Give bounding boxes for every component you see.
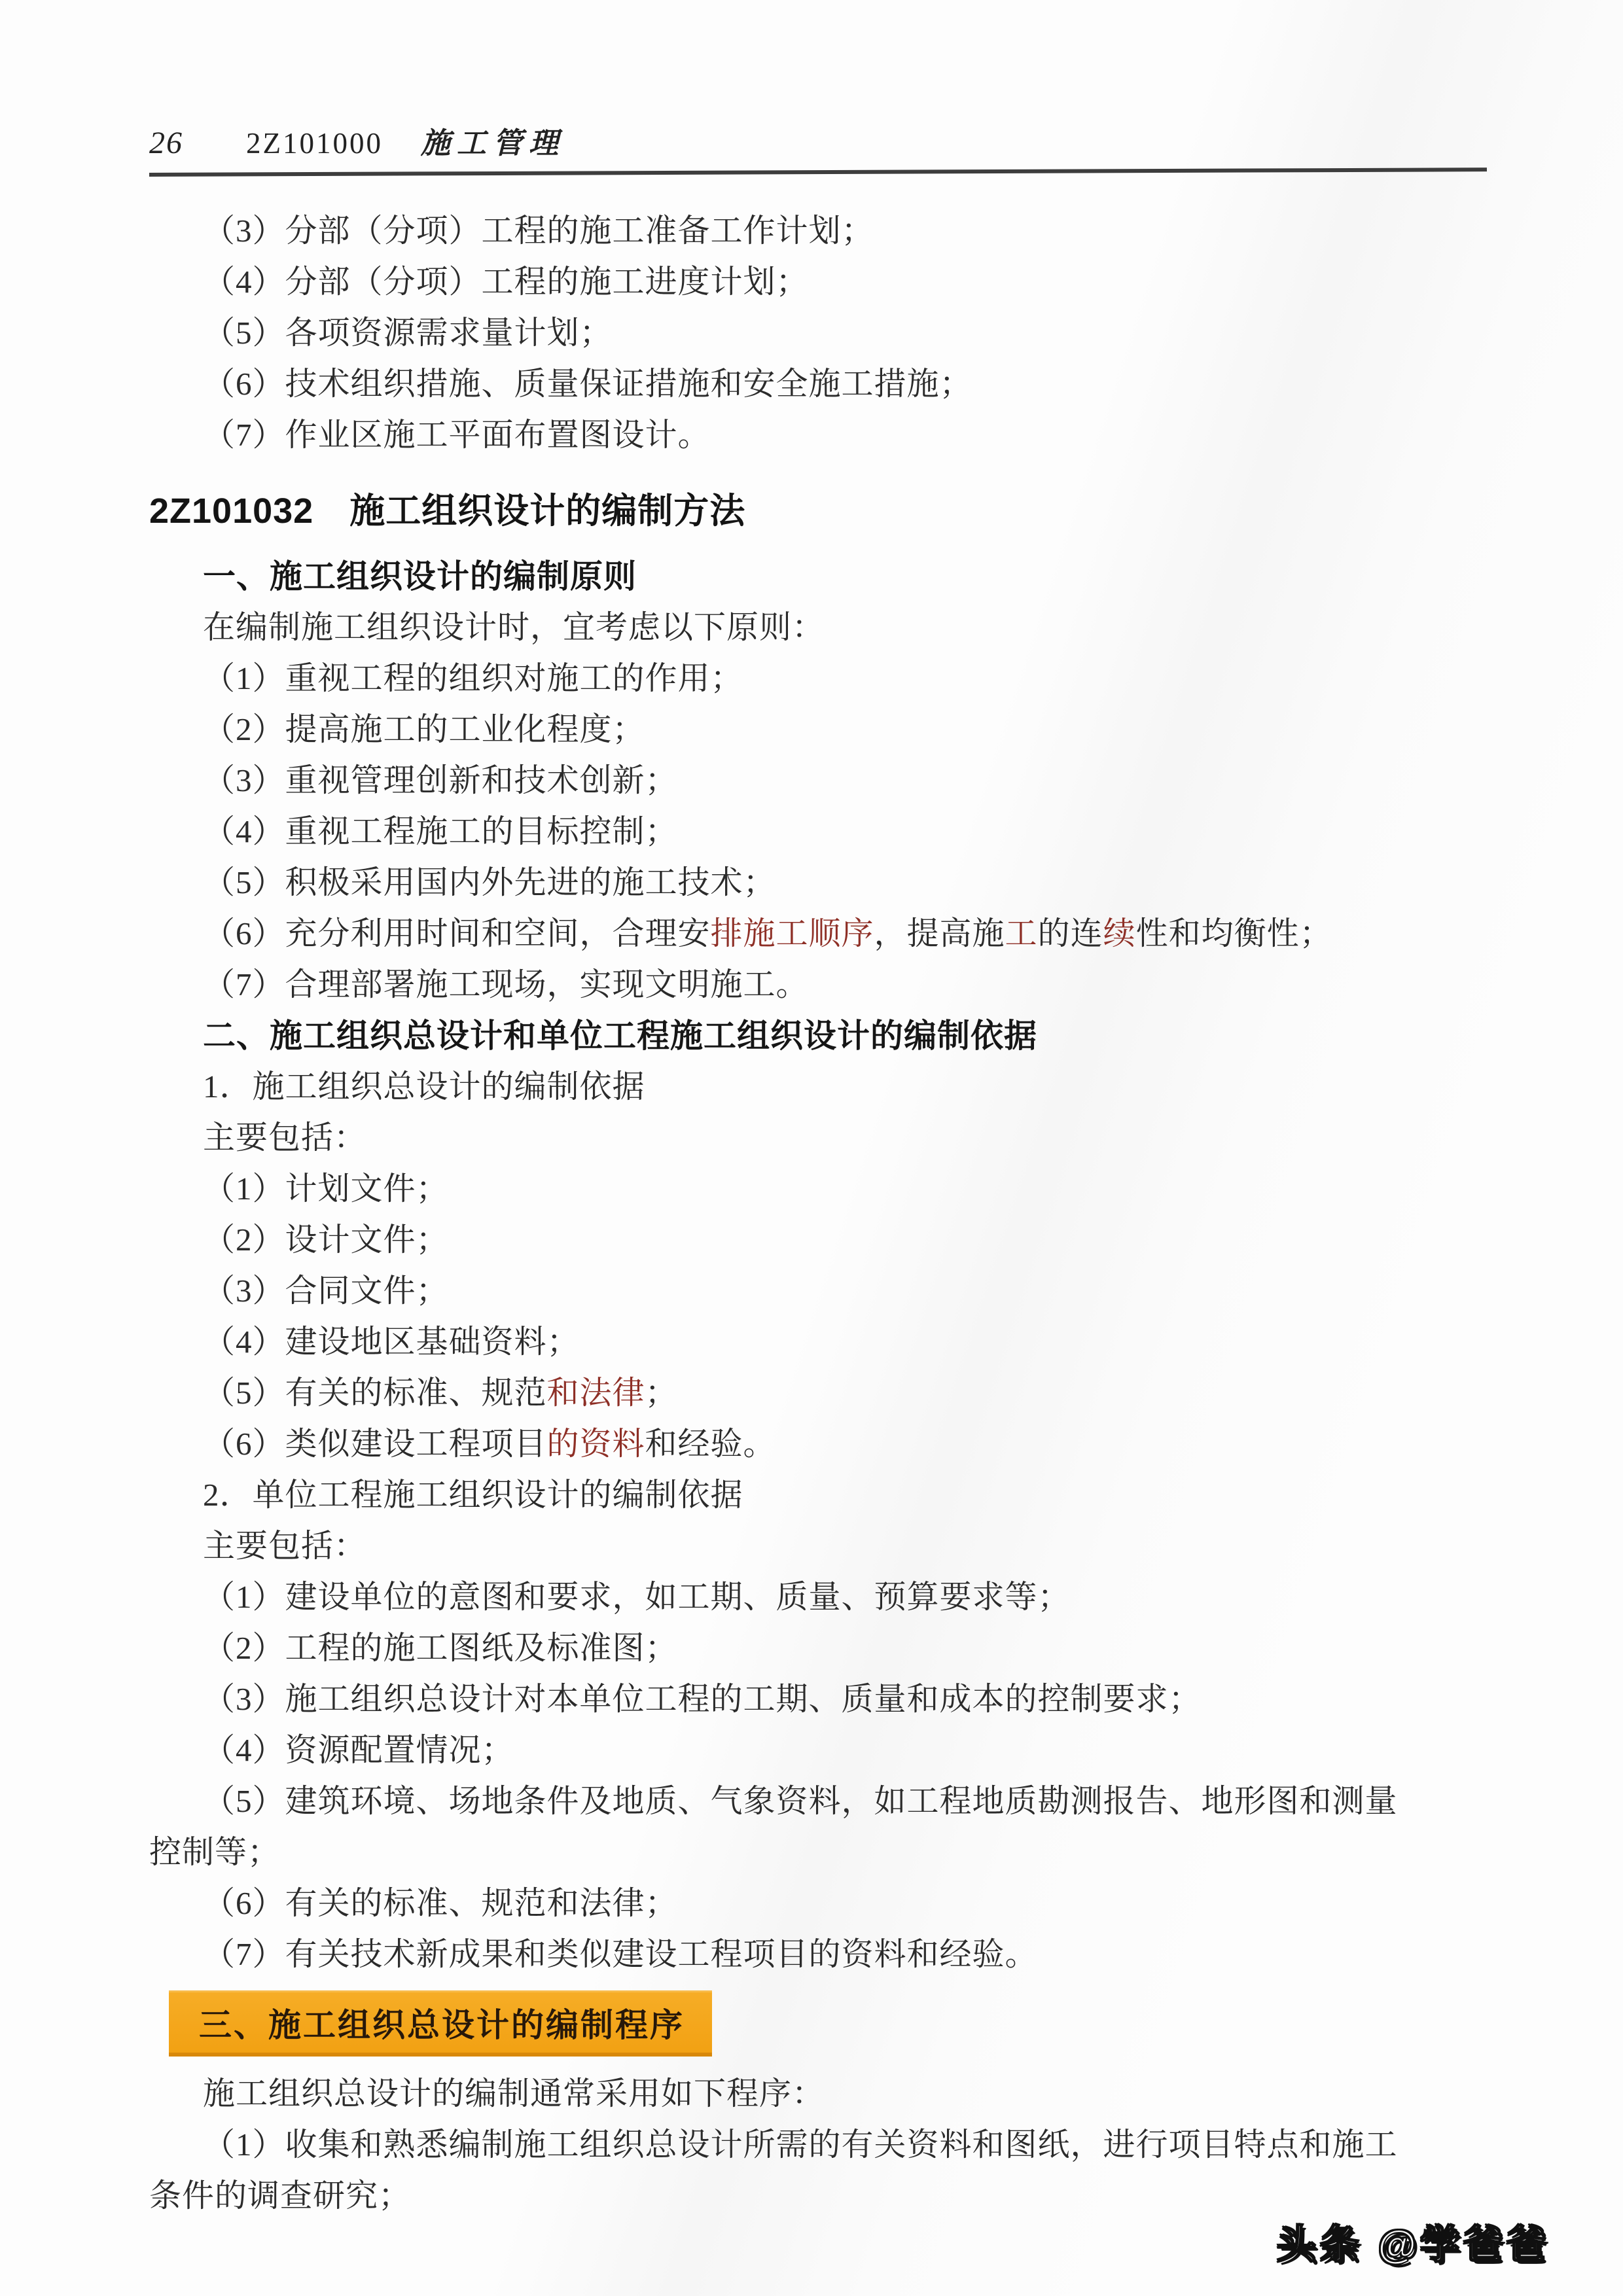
continuation-line: 控制等； (149, 1827, 1487, 1878)
text-run: （3）合同文件； (203, 1273, 449, 1309)
list-item: （3）分部（分项）工程的施工准备工作计划； (149, 205, 1487, 256)
red-tinted-text: 工 (1005, 915, 1038, 951)
text-run: 三、施工组织总设计的编制程序 (169, 1990, 712, 2057)
text-run: （4）资源配置情况； (203, 1732, 514, 1768)
text-run: （3）重视管理创新和技术创新； (203, 762, 678, 798)
text-run: （6）有关的标准、规范和法律； (203, 1885, 678, 1921)
red-tinted-text: 和法律 (547, 1375, 645, 1411)
text-run: 1．施工组织总设计的编制依据 (203, 1069, 645, 1104)
text-run: （7）有关技术新成果和类似建设工程项目的资料和经验。 (203, 1936, 1038, 1972)
list-item: （2）设计文件； (149, 1214, 1487, 1265)
text-run: 的连 (1038, 915, 1103, 951)
page-number: 26 (149, 123, 183, 164)
text-run: 2Z101032 施工组织设计的编制方法 (149, 491, 745, 531)
text-run: （3）分部（分项）工程的施工准备工作计划； (203, 213, 874, 249)
list-item: （6）类似建设工程项目的资料和经验。 (149, 1419, 1487, 1470)
list-item: （4）分部（分项）工程的施工进度计划； (149, 256, 1487, 308)
text-run: 条件的调查研究； (149, 2178, 411, 2214)
text-run: 施工组织总设计的编制通常采用如下程序： (203, 2075, 825, 2111)
text-run: 主要包括： (203, 1528, 366, 1564)
text-run: （5）积极采用国内外先进的施工技术； (203, 864, 776, 900)
list-item: （4）建设地区基础资料； (149, 1316, 1487, 1368)
list-item: （6）充分利用时间和空间，合理安排施工顺序，提高施工的连续性和均衡性； (149, 908, 1487, 959)
subsection-heading: 一、施工组织设计的编制原则 (149, 551, 1487, 602)
text-run: （2）提高施工的工业化程度； (203, 711, 645, 747)
content-blocks: （3）分部（分项）工程的施工准备工作计划；（4）分部（分项）工程的施工进度计划；… (149, 205, 1487, 2221)
list-item: （2）提高施工的工业化程度； (149, 704, 1487, 755)
text-run: （1）计划文件； (203, 1171, 449, 1207)
text-run: （2）工程的施工图纸及标准图； (203, 1630, 678, 1666)
list-item: （5）建筑环境、场地条件及地质、气象资料，如工程地质勘测报告、地形图和测量 (149, 1776, 1487, 1827)
list-item: （6）技术组织措施、质量保证措施和安全施工措施； (149, 359, 1487, 410)
list-item: （4）资源配置情况； (149, 1725, 1487, 1776)
text-run: （4）分部（分项）工程的施工进度计划； (203, 264, 809, 300)
header-rule (149, 168, 1487, 177)
page-header: 26 2Z101000 施工管理 (149, 123, 1487, 164)
red-tinted-text: 排施工顺序 (711, 915, 874, 951)
text-run: （6）类似建设工程项目 (203, 1426, 547, 1462)
text-run: （6）充分利用时间和空间，合理安 (203, 915, 711, 951)
text-run: （1）收集和熟悉编制施工组织总设计所需的有关资料和图纸，进行项目特点和施工 (203, 2127, 1398, 2163)
text-run: （4）重视工程施工的目标控制； (203, 813, 678, 849)
list-item: （1）建设单位的意图和要求，如工期、质量、预算要求等； (149, 1572, 1487, 1623)
paragraph: 主要包括： (149, 1112, 1487, 1163)
list-item: （1）收集和熟悉编制施工组织总设计所需的有关资料和图纸，进行项目特点和施工 (149, 2119, 1487, 2170)
subsection-heading: 二、施工组织总设计和单位工程施工组织设计的编制依据 (149, 1010, 1487, 1061)
list-item: （7）合理部署施工现场，实现文明施工。 (149, 959, 1487, 1010)
text-run: （5）各项资源需求量计划； (203, 315, 613, 351)
red-tinted-text: 续 (1103, 915, 1136, 951)
list-item: （5）各项资源需求量计划； (149, 308, 1487, 359)
course-title: 施工管理 (421, 123, 565, 164)
section-heading: 2Z101032 施工组织设计的编制方法 (149, 488, 1487, 534)
text-run: （3）施工组织总设计对本单位工程的工期、质量和成本的控制要求； (203, 1681, 1202, 1717)
text-run: 2．单位工程施工组织设计的编制依据 (203, 1477, 743, 1513)
text-run: （5）有关的标准、规范 (203, 1375, 547, 1411)
list-item: （4）重视工程施工的目标控制； (149, 806, 1487, 857)
text-run: （6）技术组织措施、质量保证措施和安全施工措施； (203, 366, 972, 402)
list-item: （7）有关技术新成果和类似建设工程项目的资料和经验。 (149, 1929, 1487, 1980)
list-item: （2）工程的施工图纸及标准图； (149, 1623, 1487, 1674)
text-run: ，提高施 (874, 915, 1005, 951)
list-item: （1）重视工程的组织对施工的作用； (149, 653, 1487, 704)
list-item: （6）有关的标准、规范和法律； (149, 1878, 1487, 1929)
text-run: （1）建设单位的意图和要求，如工期、质量、预算要求等； (203, 1579, 1071, 1615)
numbered-heading: 1．施工组织总设计的编制依据 (149, 1061, 1487, 1112)
text-run: （5）建筑环境、场地条件及地质、气象资料，如工程地质勘测报告、地形图和测量 (203, 1783, 1398, 1819)
paragraph: 主要包括： (149, 1521, 1487, 1572)
watermark: 头条 @学爸爸 (1277, 2214, 1550, 2270)
text-run: 和经验。 (645, 1426, 776, 1462)
list-item: （5）有关的标准、规范和法律； (149, 1368, 1487, 1419)
highlighted-heading: 三、施工组织总设计的编制程序 (149, 1990, 1487, 2057)
text-run: （1）重视工程的组织对施工的作用； (203, 660, 743, 696)
text-run: 一、施工组织设计的编制原则 (203, 558, 637, 595)
list-item: （3）合同文件； (149, 1265, 1487, 1316)
list-item: （7）作业区施工平面布置图设计。 (149, 410, 1487, 461)
list-item: （3）施工组织总设计对本单位工程的工期、质量和成本的控制要求； (149, 1674, 1487, 1725)
paragraph: 施工组织总设计的编制通常采用如下程序： (149, 2068, 1487, 2119)
text-run: 主要包括： (203, 1120, 366, 1156)
text-run: 二、施工组织总设计和单位工程施工组织设计的编制依据 (203, 1017, 1037, 1054)
text-run: （2）设计文件； (203, 1222, 449, 1258)
text-run: 在编制施工组织设计时，宜考虑以下原则： (203, 609, 825, 645)
list-item: （1）计划文件； (149, 1163, 1487, 1214)
list-item: （3）重视管理创新和技术创新； (149, 755, 1487, 806)
text-run: 性和均衡性； (1136, 915, 1332, 951)
text-run: 控制等； (149, 1834, 280, 1870)
paragraph: 在编制施工组织设计时，宜考虑以下原则： (149, 602, 1487, 653)
text-run: ； (645, 1375, 678, 1411)
numbered-heading: 2．单位工程施工组织设计的编制依据 (149, 1470, 1487, 1521)
page-root: 26 2Z101000 施工管理 （3）分部（分项）工程的施工准备工作计划；（4… (0, 0, 1623, 2221)
course-code: 2Z101000 (246, 123, 383, 164)
text-run: （7）合理部署施工现场，实现文明施工。 (203, 966, 809, 1002)
list-item: （5）积极采用国内外先进的施工技术； (149, 857, 1487, 908)
red-tinted-text: 的资料 (547, 1426, 645, 1462)
text-run: （7）作业区施工平面布置图设计。 (203, 417, 711, 453)
text-run: （4）建设地区基础资料； (203, 1324, 580, 1360)
